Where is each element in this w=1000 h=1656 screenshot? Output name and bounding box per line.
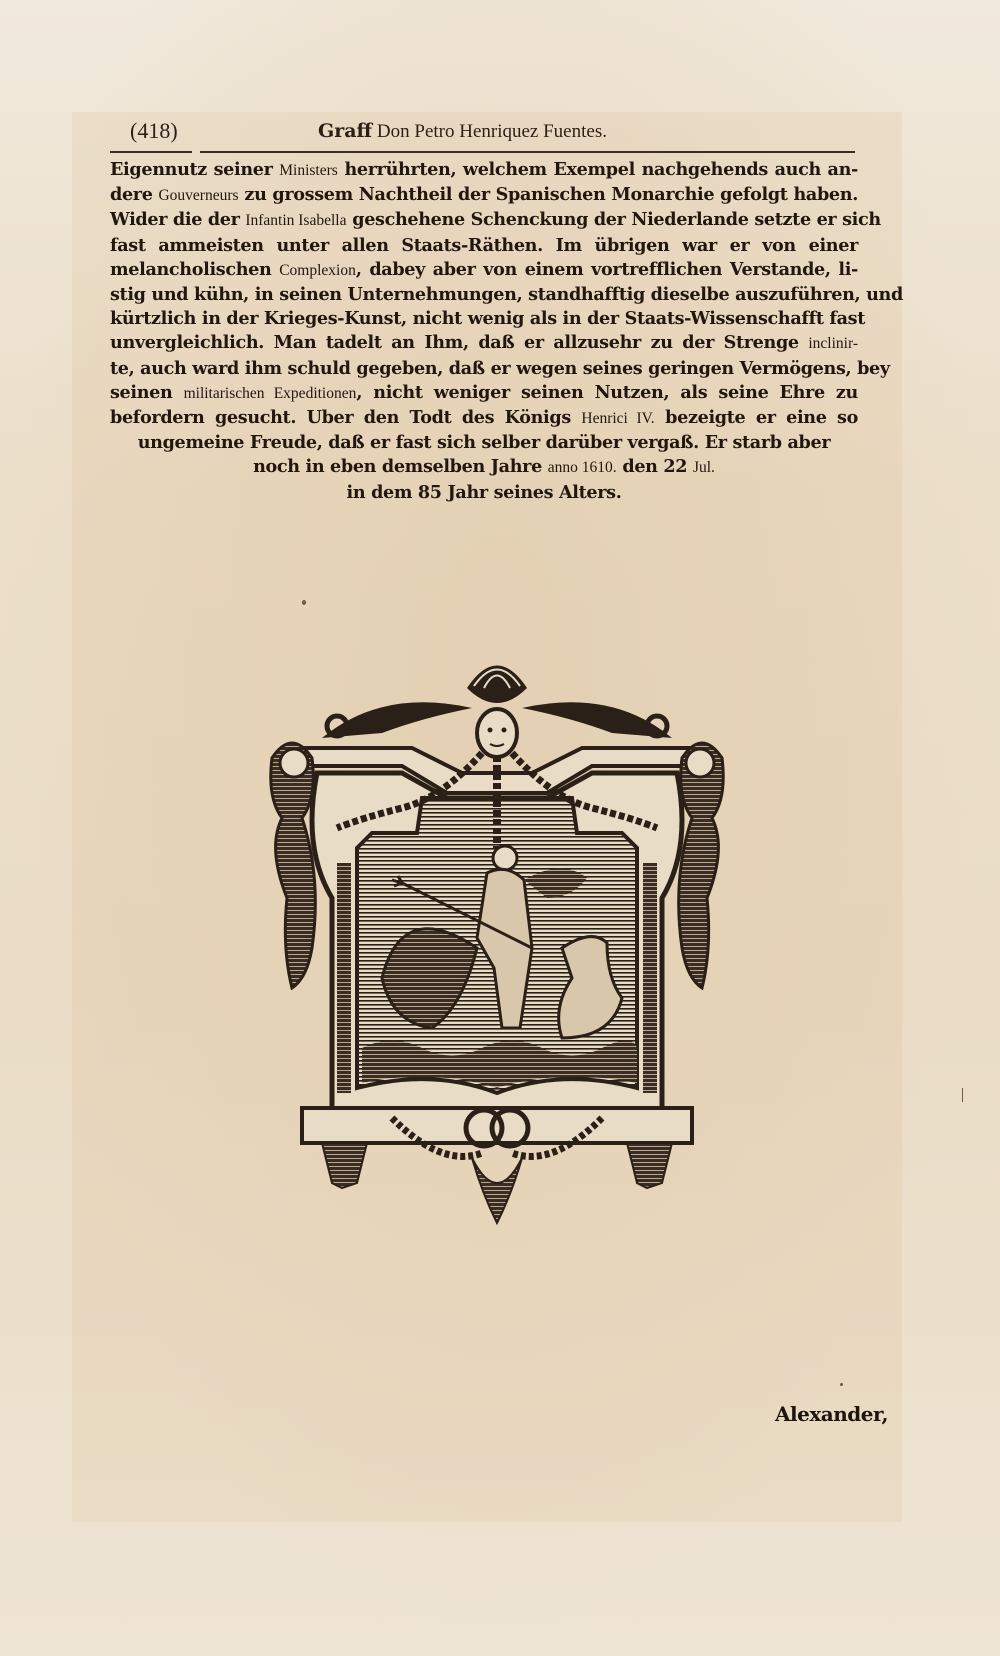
antiqua-term: Jul.: [693, 459, 715, 476]
fraktur-text: herrührten, welchem Exempel nachgehends …: [338, 159, 858, 180]
fraktur-text: unvergleichlich. Man tadelt an Ihm, daß …: [110, 332, 808, 353]
body-paragraph: Eigennutz seiner Ministers herrührten, w…: [110, 158, 858, 505]
fraktur-text: kürtzlich in der Krieges-Kunst, nicht we…: [110, 308, 865, 329]
text-line: unvergleichlich. Man tadelt an Ihm, daß …: [110, 331, 858, 356]
antiqua-term: Henrici IV.: [581, 410, 654, 427]
page-number: (418): [130, 118, 178, 144]
running-title-fraktur: Graff: [318, 120, 372, 142]
running-title-roman: Don Petro Henriquez Fuentes.: [372, 121, 607, 142]
antiqua-term: Complexion: [279, 262, 356, 279]
antiqua-term: inclinir-: [808, 335, 858, 352]
fraktur-text: , nicht weniger seinen Nutzen, als seine…: [356, 382, 858, 403]
text-line: ungemeine Freude, daß er fast sich selbe…: [110, 431, 858, 455]
antiqua-term: militarischen Expeditionen: [184, 385, 357, 402]
fraktur-text: melancholischen: [110, 259, 279, 280]
text-line: stig und kühn, in seinen Unternehmungen,…: [110, 283, 858, 307]
antiqua-term: Infantin Isabella: [245, 212, 346, 229]
paper-mark: [962, 1088, 963, 1102]
fraktur-text: zu grossem Nachtheil der Spanischen Mona…: [239, 184, 858, 205]
header-rule-right: [200, 151, 855, 153]
fraktur-text: Wider die der: [110, 209, 245, 230]
text-line: te, auch ward ihm schuld gegeben, daß er…: [110, 357, 858, 381]
text-line: befordern gesucht. Uber den Todt des Kön…: [110, 406, 858, 431]
fraktur-text: geschehene Schenckung der Niederlande se…: [346, 209, 880, 230]
header-rule-left: [110, 151, 192, 153]
fraktur-text: noch in eben demselben Jahre: [253, 456, 548, 477]
fraktur-text: seinen: [110, 382, 184, 403]
text-line: Eigennutz seiner Ministers herrührten, w…: [110, 158, 858, 183]
catchword: Alexander,: [775, 1402, 888, 1426]
neptune-cartouche-icon: [262, 648, 732, 1228]
paper-speck: [840, 1383, 843, 1386]
running-title: Graff Don Petro Henriquez Fuentes.: [318, 120, 607, 143]
tailpiece-engraving: [262, 648, 732, 1228]
fraktur-text: befordern gesucht. Uber den Todt des Kön…: [110, 407, 581, 428]
antiqua-term: anno 1610.: [548, 459, 617, 476]
fraktur-text: fast ammeisten unter allen Staats-Räthen…: [110, 235, 858, 256]
running-header: (418) Graff Don Petro Henriquez Fuentes.: [110, 118, 855, 148]
antiqua-term: Gouverneurs: [158, 187, 238, 204]
text-line: dere Gouverneurs zu grossem Nachtheil de…: [110, 183, 858, 208]
antiqua-term: Ministers: [279, 162, 338, 179]
fraktur-text: in dem 85 Jahr seines Alters.: [347, 482, 622, 503]
fraktur-text: dere: [110, 184, 158, 205]
text-line: seinen militarischen Expeditionen, nicht…: [110, 381, 858, 406]
text-line: Wider die der Infantin Isabella geschehe…: [110, 208, 858, 233]
fraktur-text: , dabey aber von einem vortrefflichen Ve…: [356, 259, 858, 280]
paper-speck: [302, 600, 306, 605]
fraktur-text: bezeigte er eine so: [655, 407, 858, 428]
fraktur-text: den 22: [617, 456, 693, 477]
fraktur-text: stig und kühn, in seinen Unternehmungen,…: [110, 284, 903, 305]
fraktur-text: ungemeine Freude, daß er fast sich selbe…: [138, 432, 831, 453]
text-line: noch in eben demselben Jahre anno 1610. …: [110, 455, 858, 480]
text-line: melancholischen Complexion, dabey aber v…: [110, 258, 858, 283]
text-line: fast ammeisten unter allen Staats-Räthen…: [110, 234, 858, 258]
text-line: in dem 85 Jahr seines Alters.: [110, 481, 858, 505]
fraktur-text: te, auch ward ihm schuld gegeben, daß er…: [110, 358, 890, 379]
text-line: kürtzlich in der Krieges-Kunst, nicht we…: [110, 307, 858, 331]
fraktur-text: Eigennutz seiner: [110, 159, 279, 180]
